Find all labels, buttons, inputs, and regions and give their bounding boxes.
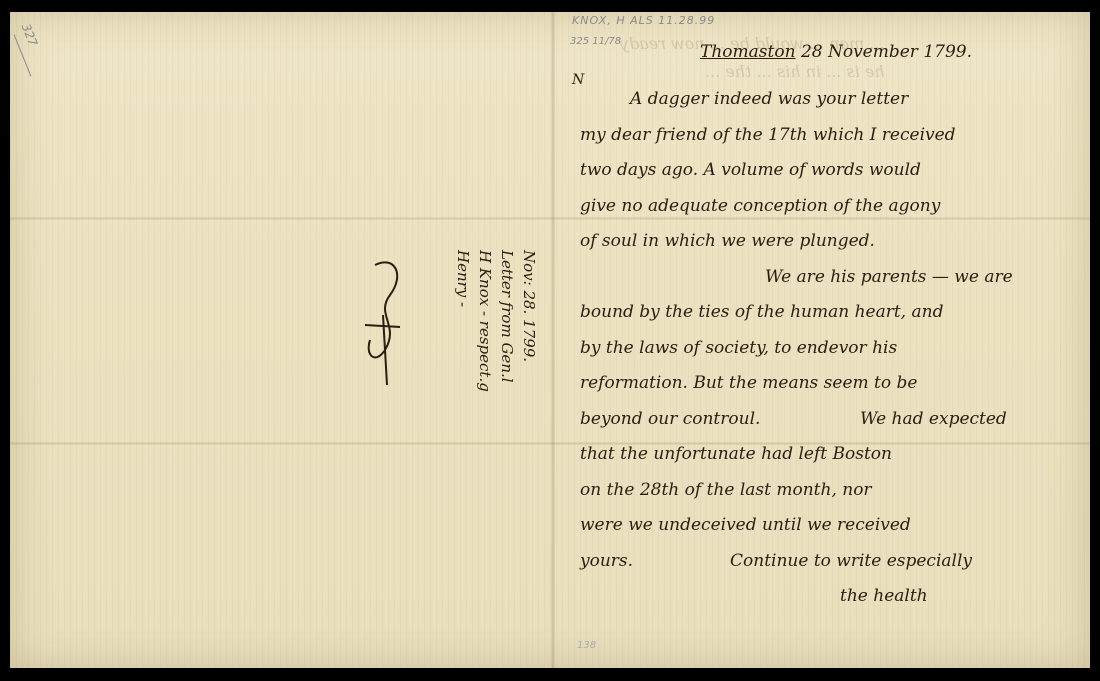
letter-date: 28 November 1799. xyxy=(801,42,972,62)
letter-line: that the unfortunate had left Boston xyxy=(580,437,1080,473)
docket-line: Letter from Gen.l xyxy=(496,250,518,420)
letter-body: A dagger indeed was your letter my dear … xyxy=(580,82,1080,615)
letter-place: Thomaston xyxy=(700,42,796,62)
letter-line: of soul in which we were plunged. xyxy=(580,224,1080,260)
letter-line: two days ago. A volume of words would xyxy=(580,153,1080,189)
center-fold xyxy=(551,12,555,668)
letter-line: We are his parents — we are xyxy=(580,260,1080,296)
catalog-number: 325 11/78 xyxy=(570,36,621,47)
catalog-notation: KNOX, H ALS 11.28.99 xyxy=(572,14,715,27)
letter-line: A dagger indeed was your letter xyxy=(580,82,1080,118)
letter-line: Continue to write especially xyxy=(580,544,1080,580)
letter-line: bound by the ties of the human heart, an… xyxy=(580,295,1080,331)
letter-line: were we undeceived until we received xyxy=(580,508,1080,544)
letter-line: the health xyxy=(580,579,1080,615)
docket-flourish xyxy=(355,255,415,395)
page-number: 138 xyxy=(577,640,596,651)
letter-line: my dear friend of the 17th which I recei… xyxy=(580,118,1080,154)
letter-line: reformation. But the means seem to be xyxy=(580,366,1080,402)
place-date-line: Thomaston 28 November 1799. xyxy=(700,42,972,62)
docket-line: H Knox - respect.g xyxy=(474,250,496,420)
docket-line: Nov: 28. 1799. xyxy=(518,250,540,420)
letter-line: on the 28th of the last month, nor xyxy=(580,473,1080,509)
docket-line: Henry - xyxy=(452,250,474,420)
letter-line: give no adequate conception of the agony xyxy=(580,189,1080,225)
letter-line: by the laws of society, to endevor his xyxy=(580,331,1080,367)
